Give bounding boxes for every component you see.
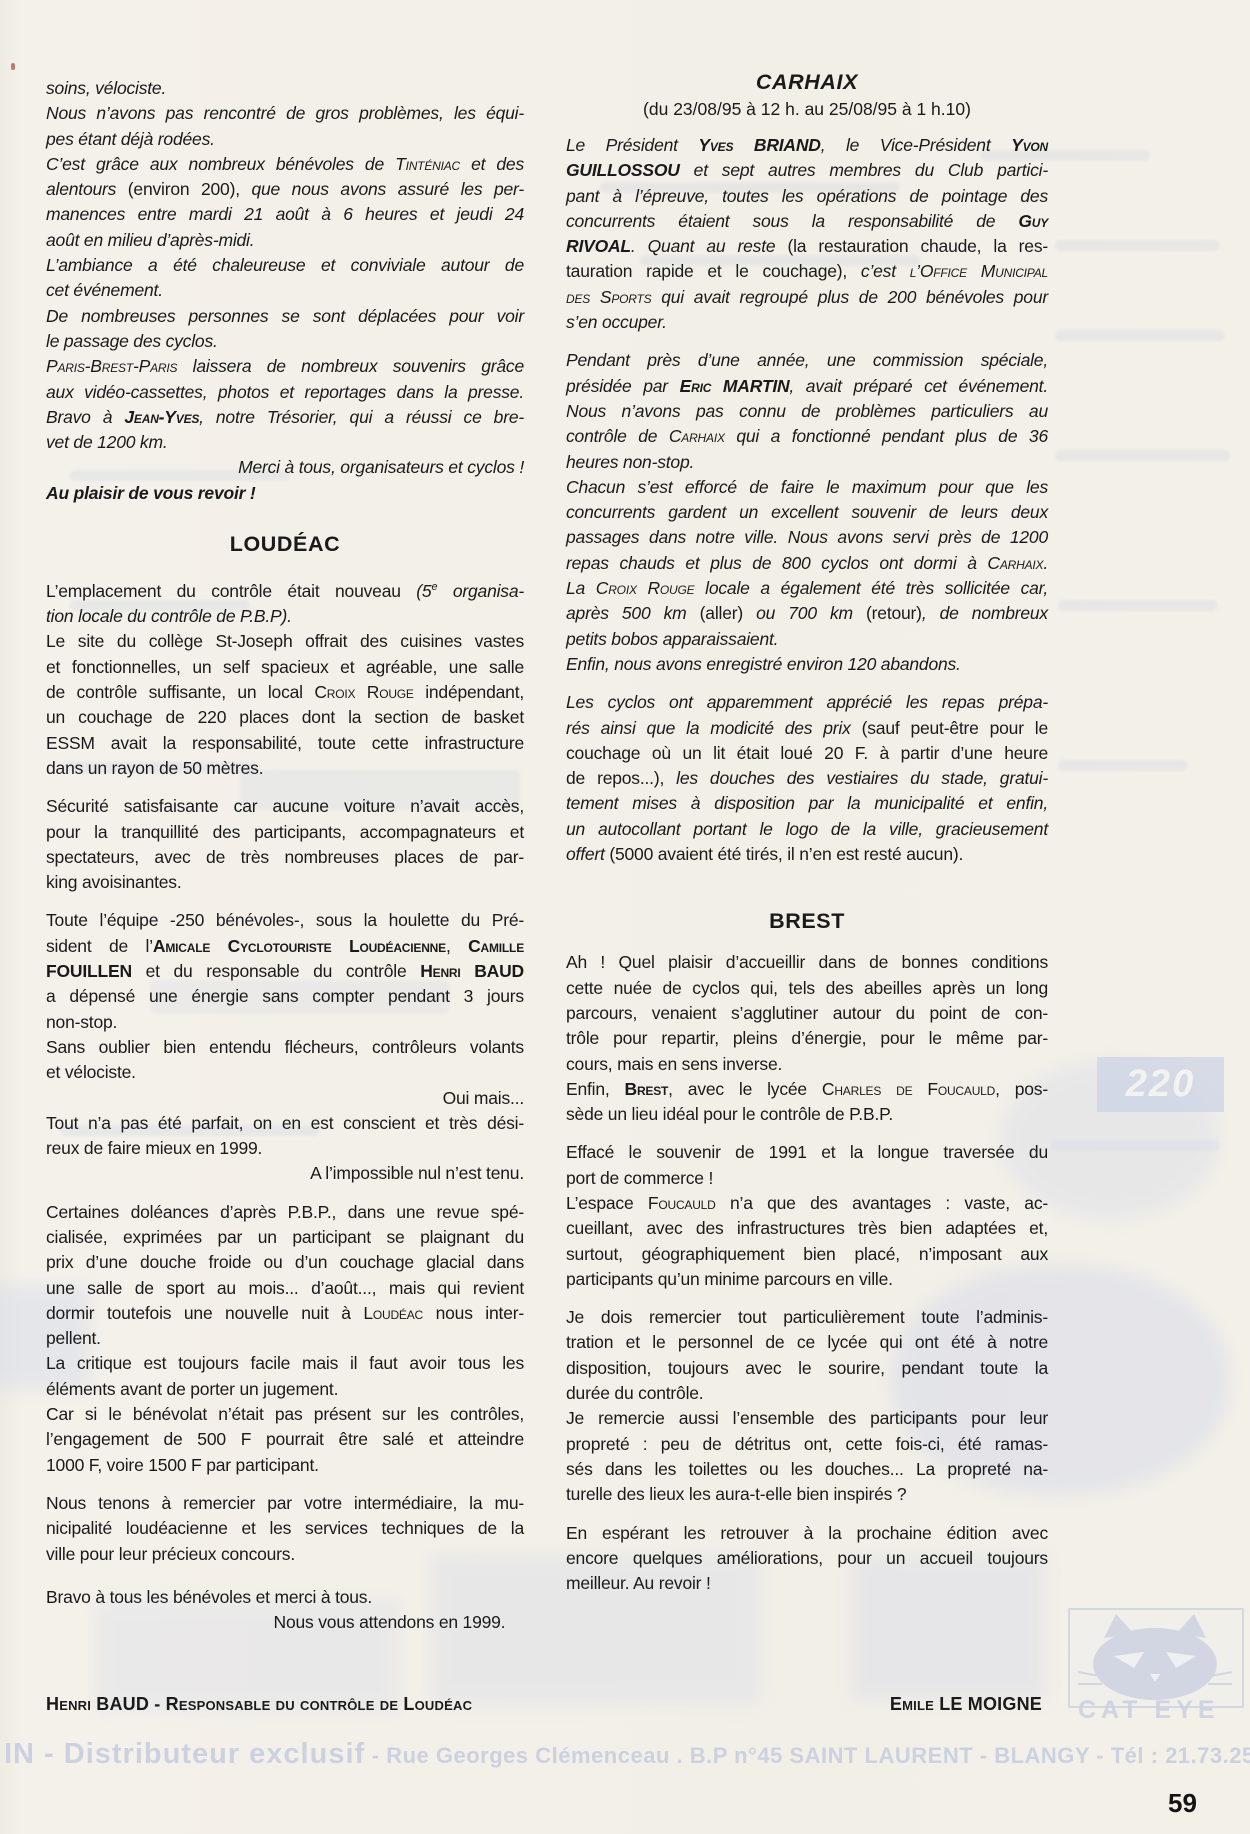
text-run: Je dois remercier tout particulièrement … <box>566 1307 1048 1327</box>
text-run: GUILLOSSOU <box>566 160 680 180</box>
signature-loudeac: Henri BAUD - Responsable du contrôle de … <box>46 1694 566 1715</box>
text-run: encore quelques améliorations, pour un a… <box>566 1548 1048 1568</box>
text-run: (5000 avaient été tirés, il n’en est res… <box>609 844 963 864</box>
text-run: sident de l’ <box>46 936 153 956</box>
text-run: trôle pour repartir, pleins d’énergie, p… <box>566 1028 1048 1048</box>
text-run: . Quant au reste <box>631 236 788 256</box>
text-run: spectateurs, avec de très nombreuses pla… <box>46 847 524 867</box>
text-line: contrôle de Carhaix qui a fonctionné pen… <box>566 424 1048 449</box>
text-run: Nous vous attendons en 1999. <box>274 1612 524 1632</box>
text-line: Sans oublier bien entendu flécheurs, con… <box>46 1035 524 1060</box>
text-run: L’ambiance a été chaleureuse et convivia… <box>46 255 524 275</box>
text-run: Oui mais... <box>443 1088 524 1108</box>
loudeac-equipe: Toute l’équipe -250 bénévoles-, sous la … <box>46 908 524 1186</box>
text-line: Paris-Brest-Paris laissera de nombreux s… <box>46 354 524 379</box>
text-run: ESSM avait la responsabilité, toute cett… <box>46 733 524 753</box>
text-line: manences entre mardi 21 août à 6 heures … <box>46 202 524 227</box>
text-run: de repos...), <box>566 768 676 788</box>
right-column: CARHAIX(du 23/08/95 à 12 h. au 25/08/95 … <box>566 70 1048 1609</box>
text-line: et vélociste. <box>46 1060 524 1085</box>
text-run: pant à l’épreuve, toutes les opérations … <box>566 186 1048 206</box>
text-run: . <box>1043 553 1048 573</box>
text-run: manences entre mardi 21 août à 6 heures … <box>46 204 524 224</box>
text-run: Le Président <box>566 135 698 155</box>
text-line: de repos...), les douches des vestiaires… <box>566 766 1048 791</box>
text-line: Car si le bénévolat n’était pas présent … <box>46 1402 524 1427</box>
text-line: de contrôle suffisante, un local Croix R… <box>46 680 524 705</box>
text-line: pour la tranquillité des participants, a… <box>46 820 524 845</box>
text-run: Nous tenons à remercier par votre interm… <box>46 1493 524 1513</box>
text-run: Carhaix <box>987 553 1043 573</box>
text-line: cialisée, exprimées par un participant s… <box>46 1225 524 1250</box>
text-run: Henri <box>420 961 474 981</box>
text-run: Toute l’équipe -250 bénévoles-, sous la … <box>46 910 524 930</box>
ghost-footer-ad-left: IN - Distributeur exclusif <box>4 1738 365 1770</box>
text-run: soins, vélociste. <box>46 78 166 98</box>
text-run: et sept autres membres du Club partici- <box>680 160 1048 180</box>
text-run: rés ainsi que la modicité des prix <box>566 718 862 738</box>
signature-brest: Emile LE MOIGNE <box>566 1694 1048 1715</box>
text-run: meilleur. Au revoir ! <box>566 1573 711 1593</box>
text-run: petits bobos apparaissaient. <box>566 629 778 649</box>
text-line: encore quelques améliorations, pour un a… <box>566 1546 1048 1571</box>
text-run: En espérant les retrouver à la prochaine… <box>566 1523 1048 1543</box>
text-line: Certaines doléances d’après P.B.P., dans… <box>46 1200 524 1225</box>
text-run: C’est grâce aux nombreux bénévoles de <box>46 154 395 174</box>
text-run: Les cyclos ont apparemment apprécié les … <box>566 692 1048 712</box>
text-run: Sécurité satisfaisante car aucune voitur… <box>46 796 524 816</box>
text-run: c’est <box>861 261 910 281</box>
text-run: et fonctionnelles, un self spacieux et a… <box>46 657 524 677</box>
text-run: août en milieu d’après-midi. <box>46 230 254 250</box>
brest-accueil: Ah ! Quel plaisir d’accueillir dans de b… <box>566 950 1048 1127</box>
text-run: et des <box>460 154 524 174</box>
text-line: Au plaisir de vous revoir ! <box>46 481 524 506</box>
text-run: les douches des vestiaires du stade, gra… <box>676 768 1048 788</box>
text-line: surtout, géographiquement bien placé, n’… <box>566 1242 1048 1267</box>
text-run: le passage des cyclos. <box>46 331 218 351</box>
text-run: Car si le bénévolat n’était pas présent … <box>46 1404 524 1424</box>
text-run: (aller) <box>700 603 743 623</box>
text-run: après 500 km <box>566 603 700 623</box>
text-line: tion locale du contrôle de P.B.P). <box>46 604 524 629</box>
text-run: 1000 F, voire 1500 F par participant. <box>46 1455 319 1475</box>
text-run: heures non-stop. <box>566 452 694 472</box>
loudeac-bravo: Bravo à tous les bénévoles et merci à to… <box>46 1585 524 1636</box>
text-run: et vélociste. <box>46 1062 136 1082</box>
text-run: couchage où un lit était loué 20 F. à pa… <box>566 743 1048 763</box>
loudeac-intro: L’emplacement du contrôle était nouveau … <box>46 575 524 781</box>
heading-loudeac: LOUDÉAC <box>46 532 524 557</box>
text-run: parcours, venaient s’agglutiner autour d… <box>566 1003 1048 1023</box>
text-run: Eric <box>680 376 723 396</box>
text-run: sés dans les toilettes ou les douches...… <box>566 1459 1048 1479</box>
text-line: sés dans les toilettes ou les douches...… <box>566 1457 1048 1482</box>
text-line: pellent. <box>46 1326 524 1351</box>
text-run: Jean-Yves <box>124 407 199 427</box>
text-run: cette nuée de cyclos qui, tels des abeil… <box>566 978 1048 998</box>
text-line: GUILLOSSOU et sept autres membres du Clu… <box>566 158 1048 183</box>
text-run: s’en occuper. <box>566 312 667 332</box>
brest-remerciements: Je dois remercier tout particulièrement … <box>566 1305 1048 1507</box>
text-run: Pendant près d’une année, une commission… <box>566 350 1048 370</box>
text-line: heures non-stop. <box>566 450 1048 475</box>
text-run: Yvon <box>1011 135 1048 155</box>
tinteniac-closing: soins, vélociste.Nous n’avons pas rencon… <box>46 76 524 506</box>
text-run: durée du contrôle. <box>566 1383 703 1403</box>
text-line: couchage où un lit était loué 20 F. à pa… <box>566 741 1048 766</box>
text-run: Loudéac <box>363 1303 423 1323</box>
text-run: , avec le lycée <box>668 1079 822 1099</box>
ghost-220-label: 220 <box>1126 1063 1195 1106</box>
text-run: n’a que des avantages : vaste, ac- <box>716 1193 1048 1213</box>
text-run: Je remercie aussi l’ensemble des partici… <box>566 1408 1048 1428</box>
text-line: tement mises à disposition par la munici… <box>566 791 1048 816</box>
loudeac-securite: Sécurité satisfaisante car aucune voitur… <box>46 794 524 895</box>
text-line: port de commerce ! <box>566 1166 1048 1191</box>
text-line: Nous tenons à remercier par votre interm… <box>46 1491 524 1516</box>
text-run: , le Vice-Président <box>821 135 1011 155</box>
text-run: turelle des lieux les aura-t-elle bien i… <box>566 1484 906 1504</box>
text-line: un couchage de 220 places dont la sectio… <box>46 705 524 730</box>
text-line: FOUILLEN et du responsable du contrôle H… <box>46 959 524 984</box>
text-line: Ah ! Quel plaisir d’accueillir dans de b… <box>566 950 1048 975</box>
text-line: repas chauds et plus de 800 cyclos ont d… <box>566 551 1048 576</box>
text-run: propreté : peu de détritus ont, cette fo… <box>566 1434 1048 1454</box>
text-line: cette nuée de cyclos qui, tels des abeil… <box>566 976 1048 1001</box>
text-run: laissera de nombreux souvenirs grâce <box>177 356 524 376</box>
text-line: sident de l’Amicale Cyclotouriste Loudéa… <box>46 934 524 959</box>
text-run: des Sports <box>566 287 651 307</box>
bleed-through-strip <box>1058 760 1188 771</box>
text-line: Le Président Yves BRIAND, le Vice-Présid… <box>566 133 1048 158</box>
text-line: non-stop. <box>46 1010 524 1035</box>
text-run: Foucauld <box>648 1193 716 1213</box>
text-run: prix d’une douche froide ou d’un couchag… <box>46 1252 524 1272</box>
ghost-cateye-logo-box <box>1068 1608 1244 1708</box>
text-run: Nous n’avons pas rencontré de gros probl… <box>46 103 524 123</box>
text-run: indépendant, <box>414 682 524 702</box>
carhaix-repas: Les cyclos ont apparemment apprécié les … <box>566 690 1048 867</box>
text-line: Toute l’équipe -250 bénévoles-, sous la … <box>46 908 524 933</box>
text-run: a dépensé une énergie sans compter penda… <box>46 986 524 1006</box>
text-run: Guy <box>1018 211 1048 231</box>
brest-espace: Effacé le souvenir de 1991 et la longue … <box>566 1140 1048 1292</box>
text-run: L’emplacement du contrôle était nouveau <box>46 581 416 601</box>
text-run: sède un lieu idéal pour le contrôle de P… <box>566 1104 893 1124</box>
text-line: cueillant, avec des infrastructures très… <box>566 1216 1048 1241</box>
text-run: nous inter- <box>423 1303 524 1323</box>
text-line: 1000 F, voire 1500 F par participant. <box>46 1453 524 1478</box>
text-line: Le site du collège St-Joseph offrait des… <box>46 629 524 654</box>
text-line: tration et le personnel de ce lycée qui … <box>566 1330 1048 1355</box>
text-line: Enfin, nous avons enregistré environ 120… <box>566 652 1048 677</box>
text-run: tration et le personnel de ce lycée qui … <box>566 1332 1048 1352</box>
text-run: Charles de Foucauld <box>822 1079 995 1099</box>
text-run: reux de faire mieux en 1999. <box>46 1138 262 1158</box>
text-run: A l’impossible nul n’est tenu. <box>310 1163 524 1183</box>
text-run: , de nombreux <box>922 603 1048 623</box>
text-line: cet événement. <box>46 278 524 303</box>
text-line: meilleur. Au revoir ! <box>566 1571 1048 1596</box>
text-line: Je dois remercier tout particulièrement … <box>566 1305 1048 1330</box>
text-line: La critique est toujours facile mais il … <box>46 1351 524 1376</box>
text-run: tion locale du contrôle de P.B.P). <box>46 606 292 626</box>
text-line: RIVOAL. Quant au reste (la restauration … <box>566 234 1048 259</box>
text-line: participants qu’un minime parcours en vi… <box>566 1267 1048 1292</box>
text-line: offert (5000 avaient été tirés, il n’en … <box>566 842 1048 867</box>
text-line: C’est grâce aux nombreux bénévoles de Ti… <box>46 152 524 177</box>
text-run: , pos- <box>995 1079 1048 1099</box>
text-line: concurrents étaient sous la responsabili… <box>566 209 1048 234</box>
text-run: Carhaix <box>669 426 725 446</box>
text-run: , notre Trésorier, qui a réussi ce bre- <box>199 407 524 427</box>
text-run: pellent. <box>46 1328 101 1348</box>
text-line: août en milieu d’après-midi. <box>46 228 524 253</box>
text-line: trôle pour repartir, pleins d’énergie, p… <box>566 1026 1048 1051</box>
ghost-cateye-label: CAT EYE <box>1078 1696 1220 1725</box>
text-run: king avoisinantes. <box>46 872 182 892</box>
page-number: 59 <box>1168 1788 1197 1819</box>
text-run: pes étant déjà rodées. <box>46 129 215 149</box>
text-run: (sauf peut-être pour le <box>862 718 1048 738</box>
heading-brest: BREST <box>566 909 1048 934</box>
text-run: Yves <box>698 135 753 155</box>
text-run: Chacun s’est efforcé de faire le maximum… <box>566 477 1048 497</box>
text-run: Enfin, nous avons enregistré environ 120… <box>566 654 961 674</box>
text-run: Camille <box>468 936 524 956</box>
text-run: repas chauds et plus de 800 cyclos ont d… <box>566 553 987 573</box>
text-run: vet de 1200 km. <box>46 432 168 452</box>
text-line: Nous n’avons pas rencontré de gros probl… <box>46 101 524 126</box>
text-run: Tinténiac <box>395 154 460 174</box>
text-line: le passage des cyclos. <box>46 329 524 354</box>
text-run: cialisée, exprimées par un participant s… <box>46 1227 524 1247</box>
text-run: port de commerce ! <box>566 1168 713 1188</box>
text-line: une salle de sport au mois... d’août...,… <box>46 1276 524 1301</box>
text-line: De nombreuses personnes se sont déplacée… <box>46 304 524 329</box>
text-line: parcours, venaient s’agglutiner autour d… <box>566 1001 1048 1026</box>
text-line: reux de faire mieux en 1999. <box>46 1136 524 1161</box>
text-run: de contrôle suffisante, un local <box>46 682 314 702</box>
text-run: Merci à tous, organisateurs et cyclos ! <box>238 457 524 477</box>
text-line: prix d’une douche froide ou d’un couchag… <box>46 1250 524 1275</box>
brest-conclusion: En espérant les retrouver à la prochaine… <box>566 1521 1048 1597</box>
text-run: Enfin, <box>566 1079 625 1099</box>
loudeac-doleances: Certaines doléances d’après P.B.P., dans… <box>46 1200 524 1478</box>
text-run: BRIAND <box>754 135 821 155</box>
text-run: disposition, toujours avec le sourire, p… <box>566 1358 1048 1378</box>
text-run: alentours <box>46 179 128 199</box>
heading-carhaix-dates: (du 23/08/95 à 12 h. au 25/08/95 à 1 h.1… <box>566 99 1048 120</box>
text-line: cours, mais en sens inverse. <box>566 1052 1048 1077</box>
text-run: Amicale Cyclotouriste Loudéacienne <box>153 936 446 956</box>
loudeac-remerciements: Nous tenons à remercier par votre interm… <box>46 1491 524 1567</box>
ghost-220-badge: 220 <box>1097 1057 1224 1112</box>
text-run: BAUD <box>474 961 524 981</box>
text-run: pour la tranquillité des participants, a… <box>46 822 524 842</box>
heading-carhaix: CARHAIX <box>566 70 1048 95</box>
text-line: Chacun s’est efforcé de faire le maximum… <box>566 475 1048 500</box>
text-line: Bravo à Jean-Yves, notre Trésorier, qui … <box>46 405 524 430</box>
text-run: Paris-Brest-Paris <box>46 356 177 376</box>
text-run: qui a fonctionné pendant plus de 36 <box>725 426 1048 446</box>
text-run: un couchage de 220 places dont la sectio… <box>46 707 524 727</box>
carhaix-commission: Pendant près d’une année, une commission… <box>566 348 1048 677</box>
text-run: Le site du collège St-Joseph offrait des… <box>46 631 524 651</box>
text-run: Effacé le souvenir de 1991 et la longue … <box>566 1142 1048 1162</box>
text-run: qui avait regroupé plus de 200 bénévoles… <box>651 287 1048 307</box>
text-run: présidée par <box>566 376 680 396</box>
text-run: concurrents étaient sous la responsabili… <box>566 211 1018 231</box>
text-line: passages dans notre ville. Nous avons se… <box>566 525 1048 550</box>
cateye-cat-icon <box>1076 1612 1234 1702</box>
text-run: Emile <box>890 1694 939 1714</box>
text-line: L’espace Foucauld n’a que des avantages … <box>566 1191 1048 1216</box>
text-run: concurrents gardent un excellent souveni… <box>566 502 1048 522</box>
text-line: présidée par Eric MARTIN, avait préparé … <box>566 374 1048 399</box>
text-run: l’Office Municipal <box>910 261 1048 281</box>
ghost-footer-ad: IN - Distributeur exclusif - Rue Georges… <box>4 1738 1248 1771</box>
bleed-through-strip <box>1055 330 1225 341</box>
text-run: tauration rapide et le couchage), <box>566 261 861 281</box>
carhaix-organisation: Le Président Yves BRIAND, le Vice-Présid… <box>566 133 1048 335</box>
text-line: aux vidéo-cassettes, photos et reportage… <box>46 380 524 405</box>
text-run: (environ 200), <box>128 179 240 199</box>
text-run: tement mises à disposition par la munici… <box>566 793 1048 813</box>
text-line: sède un lieu idéal pour le contrôle de P… <box>566 1102 1048 1127</box>
text-run: Brest <box>625 1079 669 1099</box>
text-line: A l’impossible nul n’est tenu. <box>46 1161 524 1186</box>
text-line: Je remercie aussi l’ensemble des partici… <box>566 1406 1048 1431</box>
text-line: durée du contrôle. <box>566 1381 1048 1406</box>
text-line: Nous vous attendons en 1999. <box>46 1610 524 1635</box>
bleed-through-strip <box>1058 600 1218 611</box>
text-line: En espérant les retrouver à la prochaine… <box>566 1521 1048 1546</box>
text-line: pes étant déjà rodées. <box>46 127 524 152</box>
text-run: cet événement. <box>46 280 163 300</box>
text-run: non-stop. <box>46 1012 117 1032</box>
text-line: des Sports qui avait regroupé plus de 20… <box>566 285 1048 310</box>
text-run: ville pour leur précieux concours. <box>46 1544 295 1564</box>
text-run: L’espace <box>566 1193 648 1213</box>
text-line: La Croix Rouge locale a également été tr… <box>566 576 1048 601</box>
text-line: disposition, toujours avec le sourire, p… <box>566 1356 1048 1381</box>
text-line: tauration rapide et le couchage), c’est … <box>566 259 1048 284</box>
text-line: Pendant près d’une année, une commission… <box>566 348 1048 373</box>
text-line: rés ainsi que la modicité des prix (sauf… <box>566 716 1048 741</box>
text-line: king avoisinantes. <box>46 870 524 895</box>
text-run: Tout n’a pas été parfait, on en est cons… <box>46 1113 524 1133</box>
text-run: éléments avant de porter un jugement. <box>46 1379 338 1399</box>
text-line: petits bobos apparaissaient. <box>566 627 1048 652</box>
text-run: RIVOAL <box>566 236 631 256</box>
text-line: Enfin, Brest, avec le lycée Charles de F… <box>566 1077 1048 1102</box>
text-run: Certaines doléances d’après P.B.P., dans… <box>46 1202 524 1222</box>
text-line: Sécurité satisfaisante car aucune voitur… <box>46 794 524 819</box>
text-run: (la restauration chaude, la res- <box>787 236 1048 256</box>
text-run: Croix Rouge <box>596 578 695 598</box>
text-run: Henri <box>46 1694 96 1714</box>
text-run: organisa- <box>437 581 524 601</box>
text-line: Les cyclos ont apparemment apprécié les … <box>566 690 1048 715</box>
text-run: nicipalité loudéacienne et les services … <box>46 1518 524 1538</box>
text-run: BAUD - <box>96 1694 165 1714</box>
text-line: dormir toutefois une nouvelle nuit à Lou… <box>46 1301 524 1326</box>
text-line: L’emplacement du contrôle était nouveau … <box>46 575 524 604</box>
text-line: ville pour leur précieux concours. <box>46 1542 524 1567</box>
text-line: Merci à tous, organisateurs et cyclos ! <box>46 455 524 480</box>
text-run: contrôle de <box>566 426 669 446</box>
text-line: a dépensé une énergie sans compter penda… <box>46 984 524 1009</box>
left-column: soins, vélociste.Nous n’avons pas rencon… <box>46 76 524 1648</box>
text-run: MARTIN <box>723 376 790 396</box>
text-line: concurrents gardent un excellent souveni… <box>566 500 1048 525</box>
text-run: aux vidéo-cassettes, photos et reportage… <box>46 382 524 402</box>
text-line: alentours (environ 200), que nous avons … <box>46 177 524 202</box>
text-run: que nous avons assuré les per- <box>240 179 524 199</box>
text-run: (retour) <box>866 603 922 623</box>
text-line: ESSM avait la responsabilité, toute cett… <box>46 731 524 756</box>
text-line: L’ambiance a été chaleureuse et convivia… <box>46 253 524 278</box>
text-run: participants qu’un minime parcours en vi… <box>566 1269 893 1289</box>
text-run: cours, mais en sens inverse. <box>566 1054 782 1074</box>
text-run: Responsable du contrôle de Loudéac <box>166 1694 472 1714</box>
text-run: une salle de sport au mois... d’août...,… <box>46 1278 524 1298</box>
text-run: l’engagement de 500 F pourrait être salé… <box>46 1429 524 1449</box>
text-run: Sans oublier bien entendu flécheurs, con… <box>46 1037 524 1057</box>
text-run: La <box>566 578 596 598</box>
text-line: un autocollant portant le logo de la vil… <box>566 817 1048 842</box>
bleed-through-strip <box>1055 240 1220 251</box>
text-line: et fonctionnelles, un self spacieux et a… <box>46 655 524 680</box>
text-line: l’engagement de 500 F pourrait être salé… <box>46 1427 524 1452</box>
text-run: Au plaisir de vous revoir ! <box>46 483 256 503</box>
text-run: De nombreuses personnes se sont déplacée… <box>46 306 524 326</box>
text-line: éléments avant de porter un jugement. <box>46 1377 524 1402</box>
text-line: pant à l’épreuve, toutes les opérations … <box>566 184 1048 209</box>
text-run: cueillant, avec des infrastructures très… <box>566 1218 1048 1238</box>
text-line: Oui mais... <box>46 1086 524 1111</box>
text-run: , avait préparé cet événement. <box>789 376 1048 396</box>
scan-speck <box>11 63 15 70</box>
text-line: s’en occuper. <box>566 310 1048 335</box>
text-run: Bravo à tous les bénévoles et merci à to… <box>46 1587 372 1607</box>
text-run: locale a également été très sollicitée c… <box>694 578 1048 598</box>
text-run: dans un rayon de 50 mètres. <box>46 758 263 778</box>
text-line: vet de 1200 km. <box>46 430 524 455</box>
text-line: turelle des lieux les aura-t-elle bien i… <box>566 1482 1048 1507</box>
text-run: et du responsable du contrôle <box>132 961 420 981</box>
text-line: Effacé le souvenir de 1991 et la longue … <box>566 1140 1048 1165</box>
text-run: La critique est toujours facile mais il … <box>46 1353 524 1373</box>
magazine-page-scan: 220 CAT EYE IN - Distributeur exclusif -… <box>0 0 1250 1834</box>
text-run: (5 <box>416 581 431 601</box>
bleed-through-strip <box>1055 450 1230 461</box>
text-line: dans un rayon de 50 mètres. <box>46 756 524 781</box>
text-run: LE MOIGNE <box>939 1694 1042 1714</box>
text-run: surtout, géographiquement bien placé, n’… <box>566 1244 1048 1264</box>
text-run: ou 700 km <box>743 603 866 623</box>
text-line: soins, vélociste. <box>46 76 524 101</box>
text-run: FOUILLEN <box>46 961 132 981</box>
text-run: Nous n’avons pas connu de problèmes part… <box>566 401 1048 421</box>
text-run: offert <box>566 844 609 864</box>
text-run: passages dans notre ville. Nous avons se… <box>566 527 1048 547</box>
ghost-footer-ad-right: - Rue Georges Clémenceau . B.P n°45 SAIN… <box>365 1743 1250 1768</box>
text-line: Tout n’a pas été parfait, on en est cons… <box>46 1111 524 1136</box>
text-line: Bravo à tous les bénévoles et merci à to… <box>46 1585 524 1610</box>
